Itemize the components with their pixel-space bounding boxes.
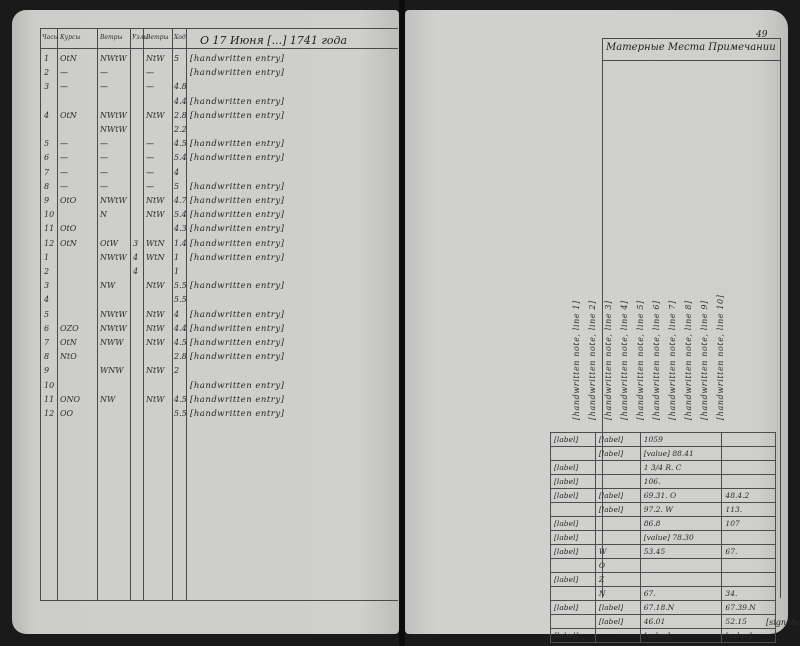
summary-cell: [label] [551, 629, 596, 643]
cell-hour: 1 [44, 54, 49, 63]
cell-course: — [60, 153, 68, 162]
summary-cell: 46.01 [640, 615, 722, 629]
page-number: 49 [756, 30, 767, 40]
summary-cell: 69.31. O [640, 489, 722, 503]
cell-hour: 5 [44, 310, 49, 319]
summary-row: [label][label]67.18.N67.39.N [551, 601, 776, 615]
summary-cell: [label] [551, 573, 596, 587]
cell-wind2: WtN [146, 253, 164, 262]
summary-cell: [value] 78.30 [640, 531, 722, 545]
cell-hour: 3 [44, 82, 49, 91]
cell-log: 1.4 [174, 239, 187, 248]
summary-cell [722, 461, 776, 475]
summary-cell: [label] [551, 461, 596, 475]
summary-cell: 1059 [640, 433, 722, 447]
column-header: Курсы [60, 34, 80, 41]
remark-entry: [handwritten entry] [190, 381, 284, 391]
cell-hour: 11 [44, 224, 54, 233]
cell-wind: NWtW [100, 196, 127, 205]
cell-log: 2.8 [174, 352, 187, 361]
summary-cell: Z [595, 573, 640, 587]
summary-row: [label][value] 88.41 [551, 447, 776, 461]
cell-log: 5.5 [174, 409, 187, 418]
remark-entry: [handwritten entry] [190, 139, 284, 149]
cell-wind: NW [100, 281, 115, 290]
cell-hour: 4 [44, 111, 49, 120]
remark-entry: [handwritten entry] [190, 182, 284, 192]
remark-entry: [handwritten entry] [190, 239, 284, 249]
summary-cell: [label] [595, 447, 640, 461]
summary-cell: 86.8 [640, 517, 722, 531]
remark-entry: [handwritten entry] [190, 210, 284, 220]
cell-hour: 12 [44, 409, 54, 418]
remark-entry: [handwritten entry] [190, 409, 284, 419]
summary-cell: [label] [595, 433, 640, 447]
cell-wind: NWtW [100, 111, 127, 120]
summary-cell: 106. [640, 475, 722, 489]
summary-cell [722, 573, 776, 587]
summary-cell: [label] [595, 601, 640, 615]
summary-cell [551, 587, 596, 601]
summary-cell: [value] [640, 629, 722, 643]
summary-cell: [label] [551, 433, 596, 447]
summary-cell: 107 [722, 517, 776, 531]
cell-log: 4.4 [174, 97, 187, 106]
summary-cell: 48.4.2 [722, 489, 776, 503]
cell-course: — [60, 182, 68, 191]
cell-course: OtO [60, 224, 76, 233]
remark-entry: [handwritten entry] [190, 68, 284, 78]
summary-row: [label][value][value] [551, 629, 776, 643]
cell-log: 4.3 [174, 224, 187, 233]
summary-cell [722, 475, 776, 489]
summary-cell [722, 447, 776, 461]
rule-line [130, 28, 131, 600]
cell-hour: 10 [44, 381, 54, 390]
cell-hour: 1 [44, 253, 49, 262]
summary-cell: [label] [595, 503, 640, 517]
cell-wind2: — [146, 68, 154, 77]
column-header: Ветры [100, 34, 122, 41]
cell-log: 2.2 [174, 125, 187, 134]
summary-row: [label]1 3/4 R. C [551, 461, 776, 475]
summary-cell [722, 433, 776, 447]
summary-cell [551, 615, 596, 629]
summary-cell: 67.18.N [640, 601, 722, 615]
cell-course: OtN [60, 111, 77, 120]
remark-entry: [handwritten entry] [190, 281, 284, 291]
cell-course: OtN [60, 54, 77, 63]
cell-course: NtO [60, 352, 77, 361]
summary-cell: 67. [722, 545, 776, 559]
summary-cell: [label] [551, 517, 596, 531]
cell-hour: 9 [44, 366, 49, 375]
cell-knots: 4 [133, 267, 138, 276]
column-header: Ветры [146, 34, 168, 41]
rule-line [40, 600, 398, 601]
cell-hour: 12 [44, 239, 54, 248]
remark-entry: [handwritten entry] [190, 111, 284, 121]
cell-hour: 9 [44, 196, 49, 205]
summary-row: [label]46.0152.15 [551, 615, 776, 629]
summary-cell: 97.2. W [640, 503, 722, 517]
summary-cell: W [595, 545, 640, 559]
vertical-note: [handwritten note, line 2] [588, 300, 597, 420]
cell-log: 4.8 [174, 82, 187, 91]
cell-course: OtN [60, 338, 77, 347]
cell-log: 5.4 [174, 210, 187, 219]
book-spine [399, 0, 405, 646]
remark-entry: [handwritten entry] [190, 253, 284, 263]
remark-entry: [handwritten entry] [190, 153, 284, 163]
cell-course: OO [60, 409, 73, 418]
cell-hour: 7 [44, 338, 49, 347]
cell-wind: NWtW [100, 253, 127, 262]
summary-cell: 53.45 [640, 545, 722, 559]
rule-line [40, 48, 398, 49]
cell-log: 4.5 [174, 139, 187, 148]
vertical-note: [handwritten note, line 6] [652, 300, 661, 420]
cell-hour: 6 [44, 324, 49, 333]
cell-wind2: NtW [146, 54, 164, 63]
cell-wind: NW [100, 395, 115, 404]
summary-cell [595, 475, 640, 489]
summary-cell [551, 503, 596, 517]
summary-cell: 1 3/4 R. C [640, 461, 722, 475]
cell-wind: OtW [100, 239, 118, 248]
cell-wind: NWtW [100, 310, 127, 319]
cell-wind2: — [146, 153, 154, 162]
summary-cell: [label] [595, 489, 640, 503]
cell-course: OtN [60, 239, 77, 248]
cell-hour: 8 [44, 182, 49, 191]
remark-entry: [handwritten entry] [190, 310, 284, 320]
summary-cell: [label] [551, 601, 596, 615]
cell-hour: 10 [44, 210, 54, 219]
rule-line [97, 28, 98, 600]
summary-cell [640, 573, 722, 587]
summary-cell [595, 461, 640, 475]
cell-hour: 11 [44, 395, 54, 404]
column-header: Часы [42, 34, 58, 41]
vertical-note: [handwritten note, line 8] [684, 300, 693, 420]
cell-wind: — [100, 168, 108, 177]
summary-cell: 34. [722, 587, 776, 601]
remark-entry: [handwritten entry] [190, 324, 284, 334]
cell-wind: WNW [100, 366, 123, 375]
summary-cell [551, 447, 596, 461]
cell-wind2: WtN [146, 239, 164, 248]
cell-course: ONO [60, 395, 80, 404]
summary-cell: 67.39.N [722, 601, 776, 615]
vertical-note: [handwritten note, line 5] [636, 300, 645, 420]
cell-course: OtO [60, 196, 76, 205]
log-heading: О 17 Июня [...] 1741 года [200, 34, 347, 47]
cell-course: — [60, 139, 68, 148]
cell-wind: NWW [100, 338, 123, 347]
cell-log: 4.7 [174, 196, 187, 205]
cell-wind2: — [146, 182, 154, 191]
rule-line [40, 28, 398, 29]
cell-hour: 7 [44, 168, 49, 177]
cell-wind2: NtW [146, 281, 164, 290]
summary-cell [640, 559, 722, 573]
rule-line [780, 38, 781, 598]
summary-row: [label]Z [551, 573, 776, 587]
cell-wind2: NtW [146, 395, 164, 404]
summary-cell [595, 517, 640, 531]
vertical-note: [handwritten note, line 3] [604, 300, 613, 420]
summary-cell: 113. [722, 503, 776, 517]
cell-course: — [60, 168, 68, 177]
cell-log: 4.5 [174, 338, 187, 347]
rule-line [602, 60, 780, 61]
summary-cell [722, 531, 776, 545]
cell-wind: — [100, 82, 108, 91]
footer-mark: [signature] [766, 618, 800, 627]
remark-entry: [handwritten entry] [190, 395, 284, 405]
cell-hour: 2 [44, 267, 49, 276]
cell-hour: 5 [44, 139, 49, 148]
rule-line [40, 28, 41, 600]
cell-wind: — [100, 153, 108, 162]
cell-course: — [60, 82, 68, 91]
cell-wind2: — [146, 139, 154, 148]
column-header: Ход [174, 34, 186, 41]
cell-course: OZO [60, 324, 79, 333]
right-column-header: Матерные Места Примечании [606, 42, 776, 53]
summary-row: [label][label]69.31. O48.4.2 [551, 489, 776, 503]
remark-entry: [handwritten entry] [190, 224, 284, 234]
vertical-note: [handwritten note, line 1] [572, 300, 581, 420]
summary-row: O [551, 559, 776, 573]
remark-entry: [handwritten entry] [190, 196, 284, 206]
remark-entry: [handwritten entry] [190, 352, 284, 362]
cell-log: 4 [174, 310, 179, 319]
summary-table: [label][label]1059[label][value] 88.41[l… [550, 432, 776, 643]
cell-log: 5.5 [174, 281, 187, 290]
cell-wind2: NtW [146, 324, 164, 333]
cell-wind: — [100, 182, 108, 191]
cell-hour: 6 [44, 153, 49, 162]
cell-log: 4.5 [174, 395, 187, 404]
cell-wind: NWtW [100, 324, 127, 333]
summary-cell: [label] [595, 615, 640, 629]
cell-wind: N [100, 210, 107, 219]
summary-row: [label]97.2. W113. [551, 503, 776, 517]
remark-entry: [handwritten entry] [190, 338, 284, 348]
cell-wind2: NtW [146, 111, 164, 120]
summary-cell: [label] [551, 531, 596, 545]
summary-cell [722, 559, 776, 573]
rule-line [143, 28, 144, 600]
vertical-note: [handwritten note, line 10] [716, 295, 725, 420]
cell-knots: 4 [133, 253, 138, 262]
cell-wind: — [100, 68, 108, 77]
summary-cell: 67. [640, 587, 722, 601]
summary-row: [label]86.8107 [551, 517, 776, 531]
cell-wind2: NtW [146, 196, 164, 205]
cell-log: 5 [174, 54, 179, 63]
vertical-note: [handwritten note, line 4] [620, 300, 629, 420]
cell-wind2: NtW [146, 310, 164, 319]
summary-cell: O [595, 559, 640, 573]
cell-log: 1 [174, 253, 179, 262]
cell-wind2: NtW [146, 338, 164, 347]
cell-hour: 3 [44, 281, 49, 290]
remark-entry: [handwritten entry] [190, 54, 284, 64]
cell-hour: 2 [44, 68, 49, 77]
summary-cell: N [595, 587, 640, 601]
cell-hour: 4 [44, 295, 49, 304]
summary-row: [label]W53.4567. [551, 545, 776, 559]
summary-cell: [label] [551, 545, 596, 559]
summary-cell [595, 531, 640, 545]
summary-row: [label][label]1059 [551, 433, 776, 447]
vertical-note: [handwritten note, line 7] [668, 300, 677, 420]
cell-log: 1 [174, 267, 179, 276]
cell-log: 4 [174, 168, 179, 177]
cell-wind: — [100, 139, 108, 148]
cell-wind: NWtW [100, 54, 127, 63]
cell-wind: NWtW [100, 125, 127, 134]
summary-cell: [label] [551, 489, 596, 503]
cell-log: 5 [174, 182, 179, 191]
summary-cell: [label] [551, 475, 596, 489]
cell-hour: 8 [44, 352, 49, 361]
cell-wind2: NtW [146, 366, 164, 375]
cell-log: 2.8 [174, 111, 187, 120]
rule-line [57, 28, 58, 600]
rule-line [172, 28, 173, 600]
cell-wind2: NtW [146, 210, 164, 219]
summary-cell [551, 559, 596, 573]
cell-log: 2 [174, 366, 179, 375]
cell-knots: 3 [133, 239, 138, 248]
summary-row: N67.34. [551, 587, 776, 601]
summary-row: [label][value] 78.30 [551, 531, 776, 545]
cell-wind2: — [146, 82, 154, 91]
cell-log: 5.4 [174, 153, 187, 162]
summary-cell: [value] [722, 629, 776, 643]
summary-cell: [value] 88.41 [640, 447, 722, 461]
summary-cell [595, 629, 640, 643]
summary-row: [label]106. [551, 475, 776, 489]
cell-log: 5.5 [174, 295, 187, 304]
cell-wind2: — [146, 168, 154, 177]
remark-entry: [handwritten entry] [190, 97, 284, 107]
vertical-note: [handwritten note, line 9] [700, 300, 709, 420]
cell-log: 4.4 [174, 324, 187, 333]
rule-line [602, 38, 780, 39]
cell-course: — [60, 68, 68, 77]
